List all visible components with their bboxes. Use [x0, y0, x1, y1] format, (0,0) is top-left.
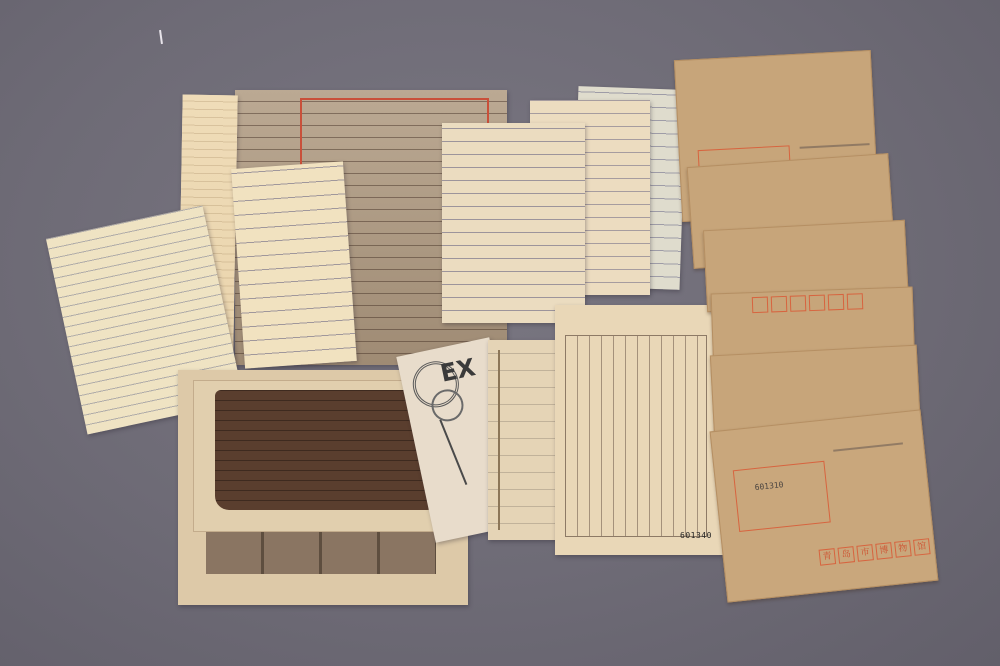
manuscript-grid-lines	[565, 335, 707, 537]
booklet-cover-text: EX	[438, 353, 478, 388]
catalog-number: 601340	[680, 531, 712, 540]
handwritten-letter	[442, 123, 585, 323]
label-char: 馆	[913, 538, 931, 556]
grid-paper-manuscript: 601340	[555, 305, 725, 555]
label-char: 博	[875, 542, 893, 560]
label-char: 物	[894, 540, 912, 558]
museum-label: 青 岛 市 博 物 馆	[819, 538, 931, 566]
address-box	[733, 461, 831, 532]
label-char: 青	[819, 548, 837, 566]
handwritten-address	[800, 143, 870, 149]
darkened-document	[215, 390, 435, 510]
handwritten-letter	[231, 161, 357, 368]
address-line	[833, 442, 903, 451]
archive-envelope-front: 601310 青 岛 市 博 物 馆	[710, 409, 939, 602]
museum-label	[752, 293, 863, 313]
label-char: 岛	[837, 546, 855, 564]
darkened-document-strip	[206, 532, 436, 574]
label-char: 市	[856, 544, 874, 562]
ornament-stem-icon	[439, 419, 467, 485]
backdrop-scratch	[159, 30, 163, 44]
photo-scene: EX 601340 601310 青 岛 市 博 物 馆	[0, 0, 1000, 666]
notebook-binding	[498, 350, 500, 530]
